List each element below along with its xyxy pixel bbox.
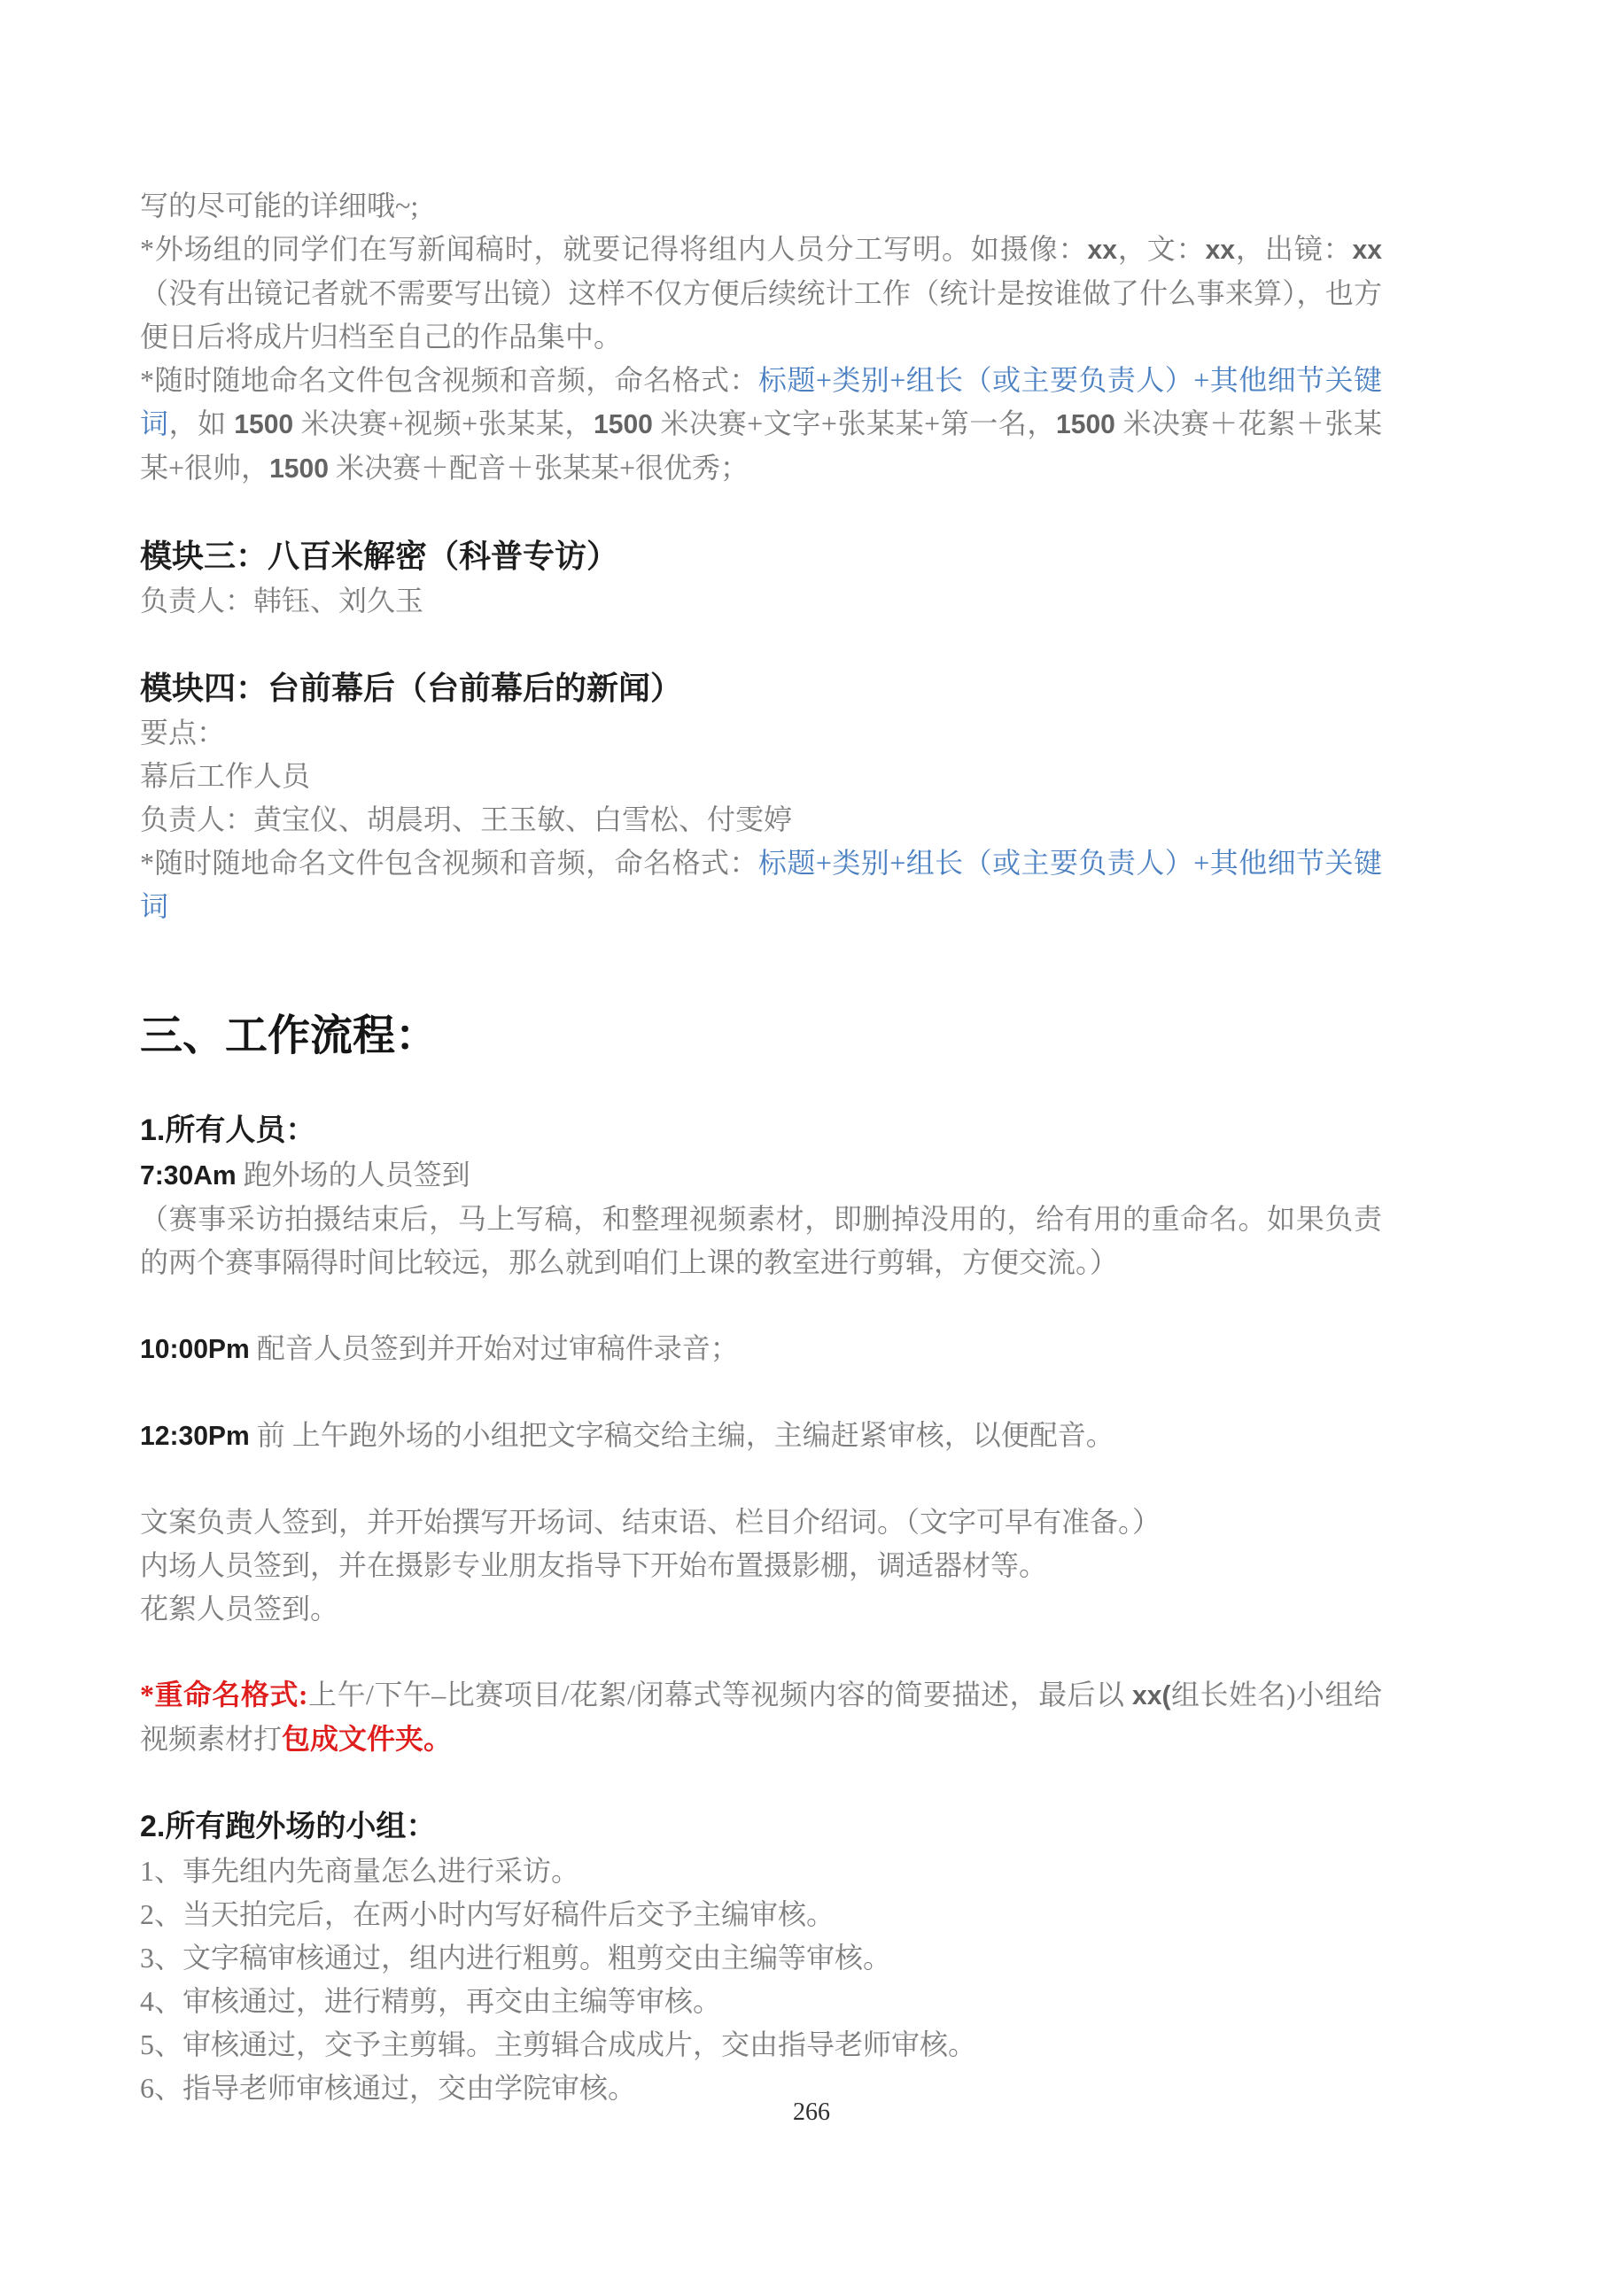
text-run: *随时随地命名文件包含视频和音频，命名格式：: [140, 847, 758, 879]
text-run: 1、事先组内先商量怎么进行采访。: [140, 1855, 579, 1887]
text-run: 跑外场的人员签到: [237, 1159, 470, 1191]
text-run: 1500: [234, 410, 293, 439]
text-run: xx: [1206, 236, 1235, 265]
note-file-naming: *随时随地命名文件包含视频和音频，命名格式：标题+类别+组长（或主要负责人）+其…: [140, 359, 1382, 491]
text-run: 7:30Am: [140, 1161, 237, 1191]
text-run: 文案负责人签到，并开始撰写开场词、结束语、栏目介绍词。（文字可早有准备。）: [140, 1506, 1161, 1538]
heading-all-staff: 1.所有人员：: [140, 1107, 1382, 1153]
note-division-of-labor: *外场组的同学们在写新闻稿时，就要记得将组内人员分工写明。如摄像：xx，文：xx…: [140, 228, 1382, 359]
indoor-checkin: 内场人员签到，并在摄影专业朋友指导下开始布置摄影棚，调适器材等。: [140, 1544, 1382, 1587]
text-run: 上午/下午–比赛项目/花絮/闭幕式等视频内容的简要描述，最后以: [308, 1679, 1132, 1710]
text-run: xx: [1088, 236, 1117, 265]
text-run: 5、审核通过，交予主剪辑。主剪辑合成成片，交由指导老师审核。: [140, 2028, 976, 2060]
highlights-checkin: 花絮人员签到。: [140, 1587, 1382, 1631]
heading-field-groups: 2.所有跑外场的小组：: [140, 1803, 1382, 1850]
text-run: 配音人员签到并开始对过审稿件录音；: [250, 1332, 739, 1364]
text-run: ，出镜：: [1235, 233, 1352, 265]
text-run: ，如: [169, 407, 235, 439]
text-run: 1500: [594, 410, 653, 439]
module-4-points-label: 要点：: [140, 711, 1382, 755]
rename-format-note: *重命名格式:上午/下午–比赛项目/花絮/闭幕式等视频内容的简要描述，最后以 x…: [140, 1673, 1382, 1761]
text-run: 要点：: [140, 717, 225, 749]
text-run: 3、文字稿审核通过，组内进行粗剪。粗剪交由主编等审核。: [140, 1942, 891, 1974]
text-run: 负责人：黄宝仪、胡晨玥、王玉敏、白雪松、付雯婷: [140, 803, 792, 835]
text-run: 三、工作流程：: [140, 1012, 438, 1059]
text-run: 模块三：八百米解密（科普专访）: [140, 538, 618, 574]
text-run: xx: [1353, 236, 1382, 265]
text-run: 4、审核通过，进行精剪，再交由主编等审核。: [140, 1985, 721, 2017]
step-5: 5、审核通过，交予主剪辑。主剪辑合成成片，交由指导老师审核。: [140, 2023, 1382, 2067]
module-4-point: 幕后工作人员: [140, 755, 1382, 798]
document-page: 写的尽可能的详细哦~;*外场组的同学们在写新闻稿时，就要记得将组内人员分工写明。…: [0, 0, 1623, 2296]
text-run: （赛事采访拍摄结束后，马上写稿，和整理视频素材，即删掉没用的，给有用的重命名。如…: [140, 1203, 1382, 1278]
module-3-lead: 负责人：韩钰、刘久玉: [140, 579, 1382, 623]
schedule-730am: 7:30Am 跑外场的人员签到: [140, 1153, 1382, 1198]
text-run: 2、当天拍完后，在两小时内写好稿件后交予主编审核。: [140, 1898, 835, 1930]
text-run: 米决赛+视频+张某某，: [293, 407, 594, 439]
step-1: 1、事先组内先商量怎么进行采访。: [140, 1850, 1382, 1893]
step-3: 3、文字稿审核通过，组内进行粗剪。粗剪交由主编等审核。: [140, 1936, 1382, 1980]
text-run: xx(: [1132, 1681, 1170, 1710]
text-run: 内场人员签到，并在摄影专业朋友指导下开始布置摄影棚，调适器材等。: [140, 1549, 1047, 1581]
module-4-note-file-naming: *随时随地命名文件包含视频和音频，命名格式：标题+类别+组长（或主要负责人）+其…: [140, 842, 1382, 928]
text-run: ，文：: [1117, 233, 1206, 265]
text-run: 花絮人员签到。: [140, 1593, 338, 1625]
heading-section-3: 三、工作流程：: [140, 1008, 1382, 1065]
schedule-1230pm: 12:30Pm 前 上午跑外场的小组把文字稿交给主编，主编赶紧审核，以便配音。: [140, 1414, 1382, 1458]
text-run: 1500: [269, 454, 329, 484]
text-run: 12:30Pm: [140, 1422, 250, 1451]
text-run: 幕后工作人员: [140, 760, 310, 792]
schedule-730am-note: （赛事采访拍摄结束后，马上写稿，和整理视频素材，即删掉没用的，给有用的重命名。如…: [140, 1198, 1382, 1284]
schedule-1000pm: 10:00Pm 配音人员签到并开始对过审稿件录音；: [140, 1327, 1382, 1371]
text-run: *外场组的同学们在写新闻稿时，就要记得将组内人员分工写明。如摄像：: [140, 233, 1088, 265]
text-run: 前 上午跑外场的小组把文字稿交给主编，主编赶紧审核，以便配音。: [250, 1419, 1114, 1451]
step-2: 2、当天拍完后，在两小时内写好稿件后交予主编审核。: [140, 1893, 1382, 1936]
text-run: *随时随地命名文件包含视频和音频，命名格式：: [140, 364, 758, 396]
text-run: 负责人：韩钰、刘久玉: [140, 585, 423, 617]
text-run: 1500: [1056, 410, 1115, 439]
text-run: 模块四：台前幕后（台前幕后的新闻）: [140, 670, 682, 706]
text-run: 写的尽可能的详细哦~;: [140, 190, 418, 221]
heading-module-3: 模块三：八百米解密（科普专访）: [140, 533, 1382, 579]
text-run: 米决赛+文字+张某某+第一名，: [653, 407, 1056, 439]
heading-module-4: 模块四：台前幕后（台前幕后的新闻）: [140, 665, 1382, 711]
page-number: 266: [0, 2098, 1623, 2128]
text-run: *重命名格式:: [140, 1679, 308, 1710]
text-run: 1.所有人员：: [140, 1113, 315, 1147]
text-run: 2.所有跑外场的小组：: [140, 1810, 436, 1843]
text-run: （没有出镜记者就不需要写出镜）这样不仅方便后续统计工作（统计是按谁做了什么事来算…: [140, 277, 1382, 353]
module-4-lead: 负责人：黄宝仪、胡晨玥、王玉敏、白雪松、付雯婷: [140, 798, 1382, 842]
copywriter-checkin: 文案负责人签到，并开始撰写开场词、结束语、栏目介绍词。（文字可早有准备。）: [140, 1501, 1382, 1544]
text-run: 10:00Pm: [140, 1335, 250, 1364]
continuation-line: 写的尽可能的详细哦~;: [140, 184, 1382, 228]
document-body: 写的尽可能的详细哦~;*外场组的同学们在写新闻稿时，就要记得将组内人员分工写明。…: [140, 184, 1382, 2110]
step-4: 4、审核通过，进行精剪，再交由主编等审核。: [140, 1980, 1382, 2023]
text-run: 包成文件夹。: [282, 1723, 452, 1755]
text-run: 米决赛＋配音＋张某某+很优秀；: [329, 452, 749, 484]
